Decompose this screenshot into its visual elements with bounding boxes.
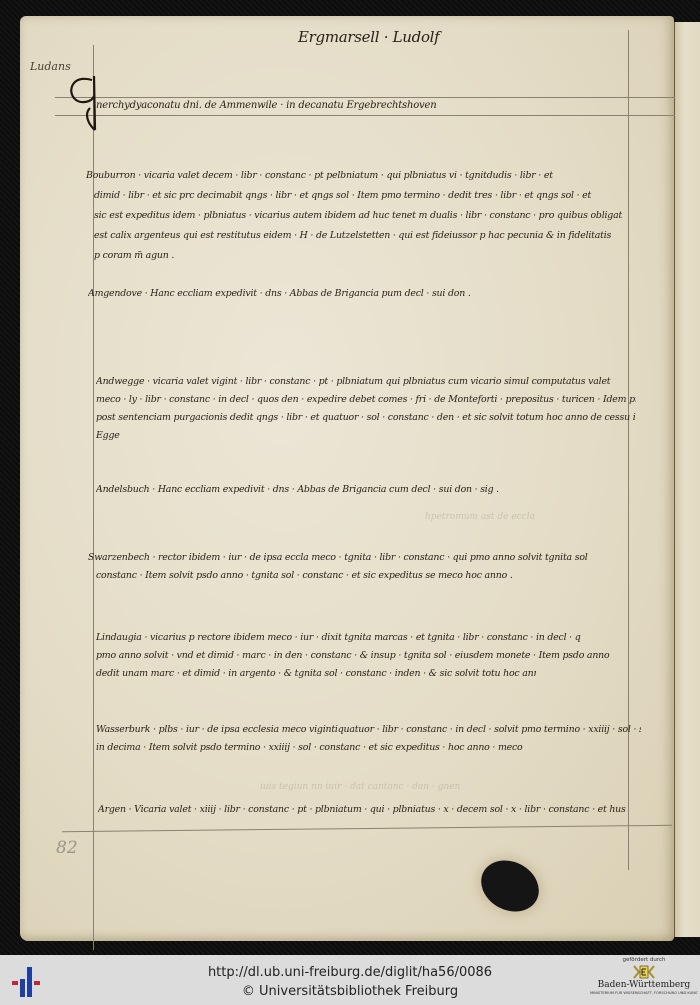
entry-line: Egge xyxy=(96,426,156,446)
entry-line: Wasserburk · plbs · iur · de ipsa eccles… xyxy=(96,720,641,740)
entry-line: Lindaugia · vicarius p rectore ibidem me… xyxy=(96,628,636,648)
sponsor-name: Baden-Württemberg xyxy=(590,980,698,991)
entry-line: meco · ly · libr · constanc · in decl · … xyxy=(96,390,636,410)
entry-line: post sentenciam purgacionis dedit qngs ·… xyxy=(96,408,636,428)
bleed-through-text: hpetromum ast de eccla xyxy=(425,512,535,522)
entry-line: dedit unam marc · et dimid · in argento … xyxy=(96,664,536,684)
baden-wuerttemberg-crest-icon xyxy=(633,964,655,980)
footer-bar: http://dl.ub.uni-freiburg.de/diglit/ha56… xyxy=(0,955,700,1005)
sponsor-label: gefördert durch xyxy=(590,957,698,963)
entry-line: Argen · Vicaria valet · xiiij · libr · c… xyxy=(98,800,643,820)
entry-line: est calix argenteus qui est restitutus e… xyxy=(94,226,636,246)
entry-line: Swarzenbech · rector ibidem · iur · de i… xyxy=(88,548,636,568)
header-line: nerchydyaconatu dni. de Ammenwile · in d… xyxy=(96,97,616,115)
entry-line: in decima · Item solvit psdo termino · x… xyxy=(96,738,526,758)
sponsor-block: gefördert durch Baden-Württemberg MINIST… xyxy=(590,957,698,1003)
facing-page-edge xyxy=(674,22,700,937)
page-heading: Ergmarsell · Ludolf xyxy=(298,28,439,46)
header-ruling-bottom xyxy=(55,115,675,116)
entry-line: constanc · Item solvit psdo anno · tgnit… xyxy=(96,566,566,586)
entry-line: Bouburron · vicaria valet decem · libr ·… xyxy=(86,166,636,186)
sponsor-ministry: MINISTERIUM FÜR WISSENSCHAFT, FORSCHUNG … xyxy=(590,991,698,995)
entry-line: pmo anno solvit · vnd et dimid · marc · … xyxy=(96,646,636,666)
entry-line: Amgendove · Hanc eccliam expedivit · dns… xyxy=(88,284,528,304)
entry-line: p coram m̃ agun . xyxy=(94,246,294,266)
bleed-through-text: iuis tegiun nn iuir · dat cantanc · dan … xyxy=(260,782,460,792)
folio-number: 82 xyxy=(56,838,78,858)
scan-viewer: Ergmarsell · Ludolf Ludans nerchydyacona… xyxy=(0,0,700,955)
entry-line: sic est expeditus idem · plbniatus · vic… xyxy=(94,206,636,226)
entry-line: Andwegge · vicaria valet vigint · libr ·… xyxy=(96,372,636,392)
entry-line: Andelsbuch · Hanc eccliam expedivit · dn… xyxy=(96,480,556,500)
right-ruling-line xyxy=(628,30,629,870)
entry-line: dimid · libr · et sic prc decimabit qngs… xyxy=(94,186,636,206)
